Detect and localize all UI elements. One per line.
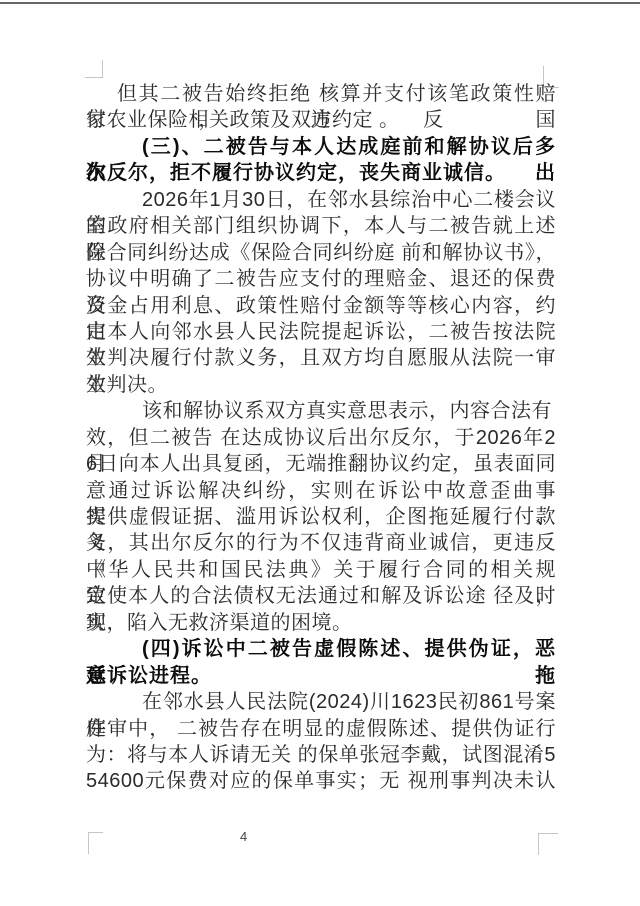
text-line: 效判决履行付款义务，且双方均自愿服从法院一审生 <box>86 345 556 371</box>
text-line: 致使本人的合法债权无法通过和解及诉讼途 径及时实 <box>86 583 556 609</box>
heading-line: (四)诉讼中二被告虚假陈述、提供伪证，恶意拖 <box>86 636 556 662</box>
text-line: 2026年1月30日，在邻水县综治中心二楼会议室 <box>86 187 556 213</box>
margin-corner-mark-bottom-left <box>88 832 103 854</box>
text-line: 提供虚假证据、滥用诉讼权利，企图拖延履行付款义 <box>86 504 556 530</box>
text-line: 的政府相关部门组织协调下，本人与二被告就上述保 <box>86 213 556 239</box>
text-line: 但其二被告始终拒绝 核算并支付该笔政策性赔付，违反国 <box>86 81 556 107</box>
margin-corner-mark-bottom-right <box>538 833 558 855</box>
document-page: 但其二被告始终拒绝 核算并支付该笔政策性赔付，违反国家农业保险相关政策及双方约定… <box>0 0 640 906</box>
margin-corner-mark-top-left <box>85 60 103 78</box>
text-line: 中华人民共和国民法典》关于履行合同的相关规定， <box>86 557 556 583</box>
text-line: 效，但二被告 在达成协议后出尔反尔，于2026年2月 <box>86 425 556 451</box>
text-line: 6日向本人出具复函，无端推翻协议约定，虽表面同 <box>86 451 556 477</box>
text-line: 在邻水县人民法院(2024)川1623民初861号案件 <box>86 689 556 715</box>
text-line: 由本人向邻水县人民法院提起诉讼，二被告按法院生 <box>86 319 556 345</box>
text-line: 务，其出尔反尔的行为不仅违背商业诚信，更违反《 <box>86 530 556 556</box>
page-top-edge-line <box>0 2 640 4</box>
text-line: 险合同纠纷达成《保险合同纠纷庭 前和解协议书》， <box>86 240 556 266</box>
text-line: 协议中明确了二被告应支付的理赔金、退还的保费及 <box>86 266 556 292</box>
document-text-block: 但其二被告始终拒绝 核算并支付该笔政策性赔付，违反国家农业保险相关政策及双方约定… <box>86 81 556 795</box>
heading-line: 尔反尔，拒不履行协议约定，丧失商业诚信。 <box>86 160 556 186</box>
text-line: 效判决。 <box>86 372 556 398</box>
text-line: 庭审中， 二被告存在明显的虚假陈述、提供伪证行 <box>86 716 556 742</box>
text-line: 现，陷入无救济渠道的困境。 <box>86 610 556 636</box>
page-number: 4 <box>240 829 247 844</box>
text-line: 该和解协议系双方真实意思表示，内容合法有 <box>86 398 556 424</box>
heading-line: (三)、二被告与本人达成庭前和解协议后多次出 <box>86 134 556 160</box>
text-line: 意通过诉讼解决纠纷，实则在诉讼中故意歪曲事实、 <box>86 478 556 504</box>
text-line: 54600元保费对应的保单事实；无 视刑事判决未认 <box>86 768 556 794</box>
text-line: 为：将与本人诉请无关 的保单张冠李戴，试图混淆5 <box>86 742 556 768</box>
text-line: 资金占用利息、政策性赔付金额等等核心内容，约定 <box>86 293 556 319</box>
